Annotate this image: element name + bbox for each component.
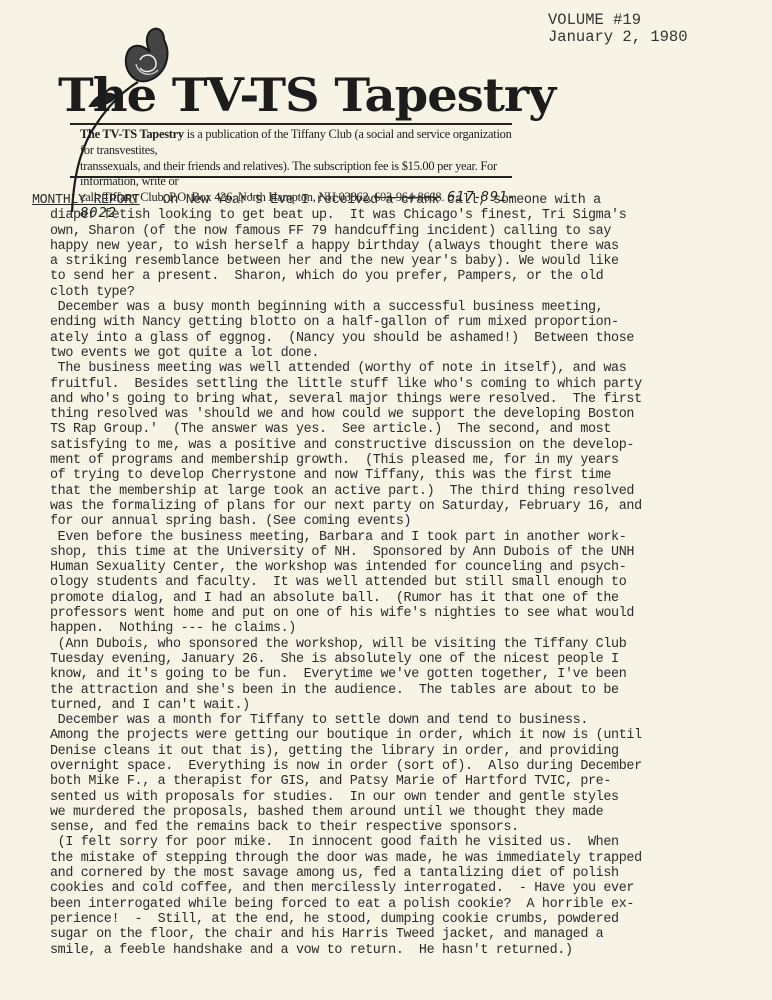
article-line: turned, and I can't wait.) <box>50 698 762 713</box>
article-line: a striking resemblance between her and t… <box>50 254 762 269</box>
article-line: been interrogated while being forced to … <box>50 897 762 912</box>
article-line: and who's going to bring what, several m… <box>50 392 762 407</box>
masthead-bottom-rule <box>70 176 512 178</box>
article-line: December was a month for Tiffany to sett… <box>50 713 762 728</box>
article-line: Denise cleans it out that is), getting t… <box>50 744 762 759</box>
article-line: ment of programs and membership growth. … <box>50 453 762 468</box>
article-line: and cornered by the most savage among us… <box>50 866 762 881</box>
article-line: two events we got quite a lot done. <box>50 346 762 361</box>
article-line: happy new year, to wish herself a happy … <box>50 239 762 254</box>
article-line: satisfying to me, was a positive and con… <box>50 438 762 453</box>
article-line: (I felt sorry for poor mike. In innocent… <box>50 835 762 850</box>
article-line: the attraction and she's been in the aud… <box>50 683 762 698</box>
article-line: overnight space. Everything is now in or… <box>50 759 762 774</box>
article-line: we murdered the proposals, bashed them a… <box>50 805 762 820</box>
article-line: both Mike F., a therapist for GIS, and P… <box>50 774 762 789</box>
article-line: Among the projects were getting our bout… <box>50 728 762 743</box>
article-line: December was a busy month beginning with… <box>50 300 762 315</box>
article-line: ately into a glass of eggnog. (Nancy you… <box>50 331 762 346</box>
article-line: the mistake of stepping through the door… <box>50 851 762 866</box>
article-line: sense, and fed the remains back to their… <box>50 820 762 835</box>
article-line: thing resolved was 'should we and how co… <box>50 407 762 422</box>
volume-number: VOLUME #19 <box>548 11 641 29</box>
article-line: cookies and cold coffee, and then mercil… <box>50 881 762 896</box>
masthead-title: The TV-TS Tapestry <box>58 69 555 122</box>
section-label: MONTHLY REPORT <box>32 193 140 208</box>
article-line: smile, a feeble handshake and a vow to r… <box>50 943 762 958</box>
issue-info: VOLUME #19 January 2, 1980 <box>548 12 688 46</box>
issue-date: January 2, 1980 <box>548 28 688 46</box>
masthead-top-rule <box>70 123 512 125</box>
publication-name: The TV-TS Tapestry <box>80 127 184 141</box>
article-line: cloth type? <box>50 285 762 300</box>
article-line: professors went home and put on one of h… <box>50 606 762 621</box>
article-line: sugar on the floor, the chair and his Ha… <box>50 927 762 942</box>
article-line: Human Sexuality Center, the workshop was… <box>50 560 762 575</box>
article-line: promote dialog, and I had an absolute ba… <box>50 591 762 606</box>
article-line: diaper fetish looking to get beat up. It… <box>50 208 762 223</box>
article-line: sented us with proposals for studies. In… <box>50 790 762 805</box>
monthly-report-article: MONTHLY REPORT On New Year's Eve I recei… <box>32 193 762 958</box>
article-line: of trying to develop Cherrystone and now… <box>50 468 762 483</box>
article-line: know, and it's going to be fun. Everytim… <box>50 667 762 682</box>
article-line: was the formalizing of plans for our nex… <box>50 499 762 514</box>
article-line: happen. Nothing --- he claims.) <box>50 621 762 636</box>
article-line: fruitful. Besides settling the little st… <box>50 377 762 392</box>
article-line: own, Sharon (of the now famous FF 79 han… <box>50 224 762 239</box>
article-line: to send her a present. Sharon, which do … <box>50 269 762 284</box>
article-line: ending with Nancy getting blotto on a ha… <box>50 315 762 330</box>
article-line: Tuesday evening, January 26. She is abso… <box>50 652 762 667</box>
article-line: TS Rap Group.' (The answer was yes. See … <box>50 422 762 437</box>
article-line: The business meeting was well attended (… <box>50 361 762 376</box>
article-line: Even before the business meeting, Barbar… <box>50 530 762 545</box>
article-line: shop, this time at the University of NH.… <box>50 545 762 560</box>
article-line: ology students and faculty. It was well … <box>50 575 762 590</box>
article-line: (Ann Dubois, who sponsored the workshop,… <box>50 637 762 652</box>
article-line: that the membership at large took an act… <box>50 484 762 499</box>
article-line: perience! - Still, at the end, he stood,… <box>50 912 762 927</box>
article-line: MONTHLY REPORT On New Year's Eve I recei… <box>32 193 762 208</box>
article-line: for our annual spring bash. (See coming … <box>50 514 762 529</box>
